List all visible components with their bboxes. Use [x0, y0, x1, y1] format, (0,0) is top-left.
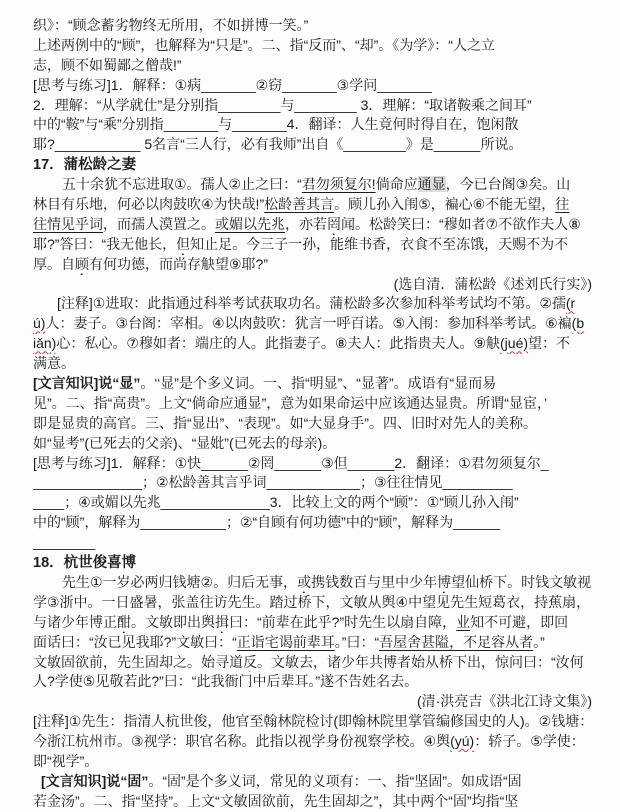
text-segment: 望仙桥下。时钱文敏视: [451, 574, 591, 590]
text-segment: ú): [33, 315, 45, 331]
text-segment: 志，顾不如蜀鄙之僧哉!”: [33, 57, 182, 73]
text-segment: 往: [555, 196, 569, 212]
text-segment: 有何功德，而尚存觖望⑨耶?”: [89, 256, 268, 272]
exercise-line: 耶?___________ 5名言“三人行，必有我师”出自《________》是…: [33, 135, 592, 155]
knowledge-line: [文言知识]说“固”。“固”是个多义词，常见的义项有：一、指“坚固”。如成语“固: [33, 772, 592, 792]
knowledge-line: 见”。二、指“高贵”。上文“倘命应通显”，意为如果命运中应该通达显贵。所谓“显宦…: [33, 394, 592, 414]
text-segment: [注释]①先生：指清人杭世俊，他官至翰林院检讨(即翰林院里掌管编修国史的人)。②…: [33, 713, 592, 729]
notes-line: 即“视学”。: [33, 752, 592, 772]
text-segment: 先生①一岁必两归钱塘②。归后无事，: [62, 574, 297, 590]
text-segment: 耶?___________ 5名言“三人行，必有我师”出自《________》是…: [33, 136, 522, 152]
text-segment: ：轿子。⑤学使：: [474, 733, 585, 749]
text-segment: 或: [297, 574, 311, 590]
text-line: 织》：“顾念蓄劣物终无所用，不如拼博一笑。”: [33, 16, 592, 36]
text-line: 学③浙中。一日盛暑，张盖往访先生。踏过桥下，文敏从舆④中望见先生短葛衣，持蕉扇，: [33, 593, 592, 613]
text-segment: 上述两例中的“顾”，也解释为“只是”。二、指“反而”、“却”。《为学》：“人之立: [33, 37, 495, 53]
text-segment: 揖: [215, 614, 229, 630]
text-segment: 博: [437, 574, 451, 590]
knowledge-line: 若金汤”。二、指“坚持”。上文“文敏固欲前，先生固却之”，其中两个“固”均指“坚: [33, 792, 592, 812]
citation-source: (清·洪亮吉《洪北江诗文集》): [33, 692, 592, 712]
exercise-line: 中的“鞍”与“乘”分别指_______与_______4．翻译：人生竟何时得自在…: [33, 115, 592, 135]
knowledge-line: 如“显考”(已死去的父亲)、“显妣”(已死去的母亲)。: [33, 434, 592, 454]
text-segment: 曰：“前辈在此乎?”时先生以扇自障，: [229, 614, 456, 630]
text-segment: 顾: [75, 256, 89, 272]
text-line: 先生①一岁必两归钱塘②。归后无事，或携钱数百与里中少年博望仙桥下。时钱文敏视: [33, 573, 592, 593]
text-segment: iǎn): [33, 335, 56, 351]
text-segment: 2．理解：“从学就仕”是分别指________与________ 3．理解：“取…: [33, 97, 532, 113]
text-segment: 林目有乐地，何必以肉鼓吹④为快哉!”: [33, 196, 264, 212]
text-segment: 往情见乎词: [33, 216, 103, 232]
text-segment: 。顾儿孙入闱⑤，褊心⑥不能无望，: [334, 196, 555, 212]
notes-line: ú)人：妻子。③台阁：宰相。④以肉鼓吹：犹言一呼百诺。⑤入闱：参加科举考试。⑥褊…: [33, 314, 592, 334]
exercise-line: 2．理解：“从学就仕”是分别指________与________ 3．理解：“取…: [33, 96, 592, 116]
text-segment: (选自清．蒲松龄《述刘氏行实》): [394, 276, 592, 292]
text-segment: 君勿须复尔!: [302, 176, 376, 192]
text-segment: 酣: [117, 614, 131, 630]
text-segment: 如“显考”(已死去的父亲)、“显妣”(已死去的母亲)。: [33, 435, 336, 451]
text-line: 志，顾不如蜀鄙之僧哉!”: [33, 56, 592, 76]
exercise-line: [思考与练习]1．解释：①病_______②窃_______③学问_______: [33, 76, 592, 96]
text-segment: 吾屋舍甚隘，不足容从者: [379, 634, 533, 650]
text-line: 上述两例中的“顾”，也解释为“只是”。二、指“反而”、“却”。《为学》：“人之立: [33, 36, 592, 56]
text-segment: ，今已台阁③矣。山: [446, 176, 571, 192]
text-line: 人?学使⑤见敬若此?”曰：“此我衙门中后辈耳。”遂不告姓名去。: [33, 672, 592, 692]
text-segment: 但: [176, 236, 190, 252]
text-segment: 五十余犹不忘进取①。孺人②止之曰：“: [62, 176, 302, 192]
text-segment: 文敏固欲前，先生固却之。始寻道: [33, 654, 243, 670]
text-segment: 人：妻子。③台阁：宰相。④以肉鼓吹：犹言一呼百诺。⑤入闱：参加科举考试。⑥褊: [45, 315, 571, 331]
text-segment: (yú): [450, 733, 474, 749]
text-segment: 。‘‘显”是个多义词。一、指“明显”、“显著”。成语有“显而易: [140, 375, 496, 391]
text-segment: 知止足。今三子一孙，能维书香，衣食不至冻饿，天赐不为不: [190, 236, 568, 252]
text-segment: 。”曰：“: [335, 634, 379, 650]
document-page: 织》：“顾念蓄劣物终无所用，不如拼博一笑。”上述两例中的“顾”，也解释为“只是”…: [0, 0, 620, 812]
text-segment: 18．杭世俊喜博: [33, 555, 136, 571]
notes-line: 今浙江杭州市。③视学：职官名称。此指以视学身份视察学校。④舆(yú)：轿子。⑤学…: [33, 732, 592, 752]
text-segment: [文言知识]说“固”: [41, 773, 148, 789]
text-segment: 心：私心。⑦穆如者：端庄的人。此指妻子。⑧夫人：此指贵夫人。⑨觖: [56, 335, 500, 351]
text-segment: 面话曰：“汝已见我耶?”文敏曰：“: [33, 634, 237, 650]
text-segment: 业: [456, 614, 470, 630]
text-segment: 倘命应: [376, 176, 418, 192]
text-segment: 松龄善其言: [264, 196, 334, 212]
exercise-line: 中的“顾”，解释为___________；②“自顾有何功德”中的“顾”，解释为_…: [33, 513, 592, 533]
exercise-line: ________: [33, 533, 592, 553]
text-segment: 与诸少年博正: [33, 614, 117, 630]
notes-line: [注释]①先生：指清人杭世俊，他官至翰林院检讨(即翰林院里掌管编修国史的人)。②…: [33, 712, 592, 732]
text-segment: 即“视学”。: [33, 753, 98, 769]
text-segment: 知不可避，即回: [470, 614, 568, 630]
text-segment: 学③浙中。一日盛暑，张盖往访先生。踏过桥下，文敏从舆④中望见先生短葛衣，持蕉扇，: [33, 594, 590, 610]
text-segment: 或媚以先兆: [215, 216, 285, 232]
notes-line: 满意。: [33, 354, 592, 374]
text-segment: ，而孺人漠置之。: [103, 216, 215, 232]
text-segment: (jué): [500, 335, 528, 351]
exercise-line: ______________；②松龄善其言乎词____________；③往往情…: [33, 473, 592, 493]
exercise-line: ____；④或媚以先兆______________3．比较上文的两个“顾”：①“…: [33, 493, 592, 513]
text-segment: 。”: [533, 634, 545, 650]
text-segment: 反: [243, 654, 257, 670]
knowledge-line: 即是显贵的高官。三、指“显出”、“表现”。如“大显身手”。四、旧时对先人的美称。: [33, 414, 592, 434]
citation-source: (选自清．蒲松龄《述刘氏行实》): [33, 275, 592, 295]
text-segment: 通显: [418, 176, 446, 192]
text-segment: 见”。二、指“高贵”。上文“倘命应通显”，意为如果命运中应该通达显贵。所谓“显宦…: [33, 395, 547, 411]
text-segment: ______________；②松龄善其言乎词____________；③往往情…: [33, 474, 513, 490]
text-segment: 携钱数百与里中少年: [311, 574, 437, 590]
section-18-heading: 18．杭世俊喜博: [33, 553, 592, 573]
text-line: 与诸少年博正酣。文敏即出舆揖曰：“前辈在此乎?”时先生以扇自障，业知不可避，即回: [33, 613, 592, 633]
text-segment: 17．蒲松龄之妻: [33, 157, 136, 173]
text-line: 五十余犹不忘进取①。孺人②止之曰：“君勿须复尔!倘命应通显，今已台阁③矣。山: [33, 175, 592, 195]
text-segment: ________: [33, 534, 95, 550]
text-segment: ，亦若: [285, 216, 327, 232]
text-segment: 人?学使⑤见敬若此?”曰：“此我衙门中后辈耳。”遂不告姓名去。: [33, 673, 418, 689]
text-segment: 耶?”答曰：“我无他长，: [33, 236, 176, 252]
text-segment: (r: [566, 295, 575, 311]
text-segment: 。“固”是个多义词，常见的义项有：一、指“坚固”。如成语“固: [148, 773, 521, 789]
exercise-line: [思考与练习]1．解释：①快______②罔______③但______2．翻译…: [33, 454, 592, 474]
text-segment: (b: [572, 315, 584, 331]
text-segment: [思考与练习]1．解释：①快______②罔______③但______2．翻译…: [33, 455, 549, 471]
text-segment: 望：不: [528, 335, 570, 351]
text-segment: 满意。: [33, 355, 75, 371]
text-line: 文敏固欲前，先生固却之。始寻道反。文敏去，诸少年共博者始从桥下出，惊问曰：“汝何: [33, 653, 592, 673]
text-line: 往情见乎词，而孺人漠置之。或媚以先兆，亦若罔闻。松龄笑曰：“穆如者⑦不欲作夫人⑧: [33, 215, 592, 235]
text-segment: 织》：“顾念蓄劣物终无所用，不如拼博一笑。”: [33, 17, 308, 33]
notes-line: [注释]①进取：此指通过科举考试获取功名。蒲松龄多次参加科举考试均不第。②孺(r: [33, 294, 592, 314]
text-segment: (清·洪亮吉《洪北江诗文集》): [417, 693, 592, 709]
section-17-heading: 17．蒲松龄之妻: [33, 155, 592, 175]
text-segment: 闻。松龄笑曰：“穆如者⑦不欲作夫人⑧: [341, 216, 581, 232]
text-segment: 。文敏即出舆: [131, 614, 215, 630]
text-line: 耶?”答曰：“我无他长，但知止足。今三子一孙，能维书香，衣食不至冻饿，天赐不为不: [33, 235, 592, 255]
text-segment: 今浙江杭州市。③视学：职官名称。此指以视学身份视察学校。④舆: [33, 733, 450, 749]
notes-line: iǎn)心：私心。⑦穆如者：端庄的人。此指妻子。⑧夫人：此指贵夫人。⑨觖(jué…: [33, 334, 592, 354]
knowledge-line: [文言知识]说“显”。‘‘显”是个多义词。一、指“明显”、“显著”。成语有“显而…: [33, 374, 592, 394]
text-segment: [文言知识]说“显”: [33, 375, 140, 391]
text-segment: 罔: [327, 216, 341, 232]
text-segment: 正诣宅谒前辈耳: [237, 634, 335, 650]
text-segment: 中的“鞍”与“乘”分别指_______与_______4．翻译：人生竟何时得自在…: [33, 116, 518, 132]
text-segment: 若金汤”。二、指“坚持”。上文“文敏固欲前，先生固却之”，其中两个“固”均指“坚: [33, 793, 518, 809]
text-line: 林目有乐地，何必以肉鼓吹④为快哉!”松龄善其言。顾儿孙入闱⑤，褊心⑥不能无望，往: [33, 195, 592, 215]
text-segment: 中的“顾”，解释为___________；②“自顾有何功德”中的“顾”，解释为_…: [33, 514, 500, 530]
text-segment: 。文敏去，诸少年共博者始从桥下出，惊问曰：“汝何: [257, 654, 584, 670]
text-segment: 厚。自: [33, 256, 75, 272]
text-segment: ____；④或媚以先兆______________3．比较上文的两个“顾”：①“…: [33, 494, 519, 510]
text-segment: 即是显贵的高官。三、指“显出”、“表现”。如“大显身手”。四、旧时对先人的美称。: [33, 415, 537, 431]
text-line: 面话曰：“汝已见我耶?”文敏曰：“正诣宅谒前辈耳。”曰：“吾屋舍甚隘，不足容从者…: [33, 633, 592, 653]
text-segment: [注释]①进取：此指通过科举考试获取功名。蒲松龄多次参加科举考试均不第。②孺: [57, 295, 566, 311]
text-line: 厚。自顾有何功德，而尚存觖望⑨耶?”: [33, 255, 592, 275]
text-segment: [思考与练习]1．解释：①病_______②窃_______③学问_______: [33, 77, 432, 93]
